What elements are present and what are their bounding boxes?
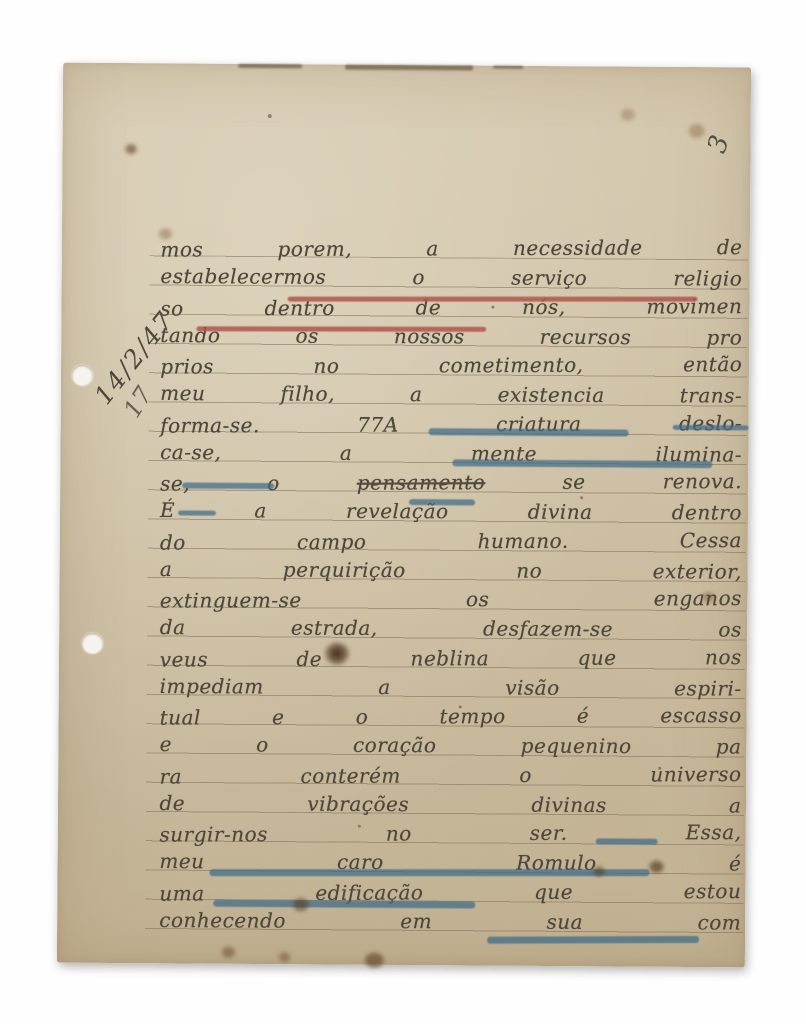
manuscript-line: veusdeneblinaquenos — [160, 640, 742, 672]
stain-spot — [159, 228, 172, 239]
word: filho, — [280, 382, 335, 406]
word: religio — [673, 267, 742, 291]
word: a — [410, 382, 423, 406]
manuscript-line: sodentrodenós,movimen — [160, 289, 742, 321]
word: trans- — [680, 384, 743, 408]
word: exterior, — [653, 559, 742, 583]
word: ser. — [530, 821, 568, 845]
word: o — [412, 265, 425, 289]
word: de — [717, 235, 743, 259]
manuscript-line: priosnocometimento,então — [160, 347, 742, 379]
speck — [658, 767, 661, 770]
manuscript-line: tandoosnossosrecursospro — [160, 318, 742, 350]
red-underline-2 — [196, 326, 486, 332]
blue-underline-se — [182, 482, 274, 489]
word: pro — [706, 325, 742, 349]
stain-spot — [126, 144, 137, 154]
manuscript-line: tualeotempoéescasso — [160, 698, 742, 730]
word: existencia — [498, 383, 605, 407]
word: é — [577, 704, 589, 728]
word: o — [356, 705, 369, 729]
word: que — [578, 645, 617, 669]
word: ra — [160, 764, 183, 788]
speck — [491, 306, 494, 309]
red-underline-1 — [288, 297, 698, 302]
word: Essa, — [685, 820, 741, 844]
word: a — [254, 499, 267, 523]
word: necessidade — [513, 235, 643, 260]
word: o — [256, 733, 269, 757]
word: do — [160, 530, 186, 554]
stain-spot — [650, 861, 664, 873]
manuscript-line: aperquiriçãonoexterior, — [160, 552, 742, 584]
manuscript-line: meufilho,aexistenciatrans- — [160, 376, 742, 408]
word: pa — [716, 735, 742, 759]
word: so — [160, 296, 183, 320]
blue-underline-sua-com — [487, 936, 699, 944]
word: então — [683, 352, 742, 376]
word: impediam — [160, 674, 264, 698]
word: que — [534, 879, 573, 903]
word: deslo- — [679, 411, 742, 435]
manuscript-line: extinguem-seosenganos — [160, 581, 742, 613]
photo-background: { "page": { "number": "3", "margin_date"… — [0, 0, 806, 1024]
stain-spot — [365, 953, 384, 968]
manuscript-paper: 3 14/2/47 17 mosporem,anecessidadedeesta… — [57, 63, 751, 968]
word: de — [296, 646, 322, 670]
word: 77A — [357, 412, 399, 436]
word: e — [272, 705, 284, 729]
word: a — [378, 675, 391, 699]
word: humano. — [478, 528, 569, 552]
word: o — [519, 762, 532, 786]
word: neblina — [410, 646, 489, 670]
word: visão — [505, 675, 560, 699]
word: a — [426, 236, 439, 260]
word: estrada, — [291, 616, 378, 640]
manuscript-line: devibraçõesdivinasa — [159, 786, 741, 818]
word: É — [160, 498, 175, 522]
word: pequenino — [521, 734, 632, 758]
speck — [268, 114, 272, 118]
word: renova. — [663, 469, 743, 493]
word: recursos — [540, 324, 632, 348]
word: da — [160, 615, 186, 639]
word: enganos — [654, 586, 742, 610]
word: porem, — [277, 237, 352, 261]
manuscript-line: impediamavisãoespiri- — [160, 669, 742, 701]
word: conhecendo — [159, 908, 286, 933]
manuscript-line: estabelecermososerviçoreligio — [160, 259, 742, 291]
word: no — [516, 558, 542, 582]
word: de — [159, 791, 185, 815]
word: prios — [160, 354, 214, 378]
word: ca-se, — [160, 440, 221, 464]
blue-underline-essa — [596, 838, 658, 844]
stain-spot — [293, 898, 308, 911]
manuscript-line: se,opensamentoserenova. — [160, 464, 742, 496]
word: meu — [160, 381, 205, 405]
manuscript-line: docampohumano.Cessa — [160, 523, 742, 555]
word: extinguem-se — [160, 588, 302, 613]
word: veus — [160, 647, 208, 671]
speck — [358, 825, 361, 828]
blue-underline-pensamento — [409, 499, 475, 505]
speck — [459, 705, 462, 708]
word: estou — [684, 879, 742, 903]
word: a — [729, 793, 742, 817]
stain-spot — [279, 952, 290, 962]
manuscript-line: Éarevelaçãodivinadentro — [160, 493, 742, 525]
stain-spot — [702, 592, 714, 602]
ink-blot — [325, 642, 349, 664]
manuscript-line: eocoraçãopequeninopa — [160, 727, 742, 759]
word: e — [160, 732, 172, 756]
stain-spot — [689, 124, 705, 138]
word: os — [466, 587, 489, 611]
word: dentro — [672, 501, 742, 525]
manuscript-line: daestrada,desfazem-seos — [160, 610, 742, 642]
word: surgir-nos — [159, 822, 268, 846]
word: com — [697, 910, 741, 934]
stain-spot — [222, 947, 235, 958]
manuscript-line: raconterémouniverso — [159, 757, 741, 789]
word: é — [729, 852, 741, 876]
manuscript-line: mosporem,anecessidadede — [160, 230, 742, 262]
word: espiri- — [674, 676, 742, 700]
word: nos — [705, 645, 742, 669]
blue-underline-criatura — [429, 428, 629, 436]
blue-underline-deslo — [673, 425, 749, 431]
stain-spot — [593, 866, 604, 876]
word: coração — [353, 733, 437, 757]
word: tempo — [439, 704, 505, 728]
word: Cessa — [680, 528, 742, 552]
word: conterém — [300, 763, 400, 787]
word: vibrações — [307, 791, 409, 815]
manuscript-text: mosporem,anecessidadedeestabelecermosose… — [159, 65, 743, 966]
word: desfazem-se — [483, 617, 613, 642]
word: campo — [297, 529, 367, 553]
word: a — [160, 557, 173, 581]
word: pensamento — [357, 470, 486, 495]
word: tual — [160, 705, 201, 729]
word: perquirição — [283, 557, 406, 582]
word: mos — [160, 237, 203, 261]
word: os — [718, 618, 741, 642]
punch-hole — [72, 365, 93, 386]
word: uma — [159, 881, 204, 905]
word: escasso — [660, 703, 741, 727]
word: se — [562, 470, 585, 494]
word: universo — [650, 762, 741, 786]
word: cometimento, — [439, 353, 584, 378]
word: sua — [546, 909, 583, 933]
blue-underline-e — [178, 510, 216, 515]
word: serviço — [511, 266, 587, 290]
stain-spot — [621, 109, 635, 121]
word: divina — [528, 500, 593, 524]
word: meu — [159, 849, 204, 873]
word: forma-se. — [160, 413, 260, 437]
speck — [580, 496, 583, 499]
word: no — [313, 354, 339, 378]
word: no — [386, 821, 412, 845]
word: divinas — [531, 792, 607, 816]
punch-hole — [82, 633, 103, 654]
blue-underline-romulo — [210, 869, 650, 876]
word: em — [400, 909, 432, 933]
word: a — [340, 441, 353, 465]
word: estabelecermos — [160, 264, 326, 289]
